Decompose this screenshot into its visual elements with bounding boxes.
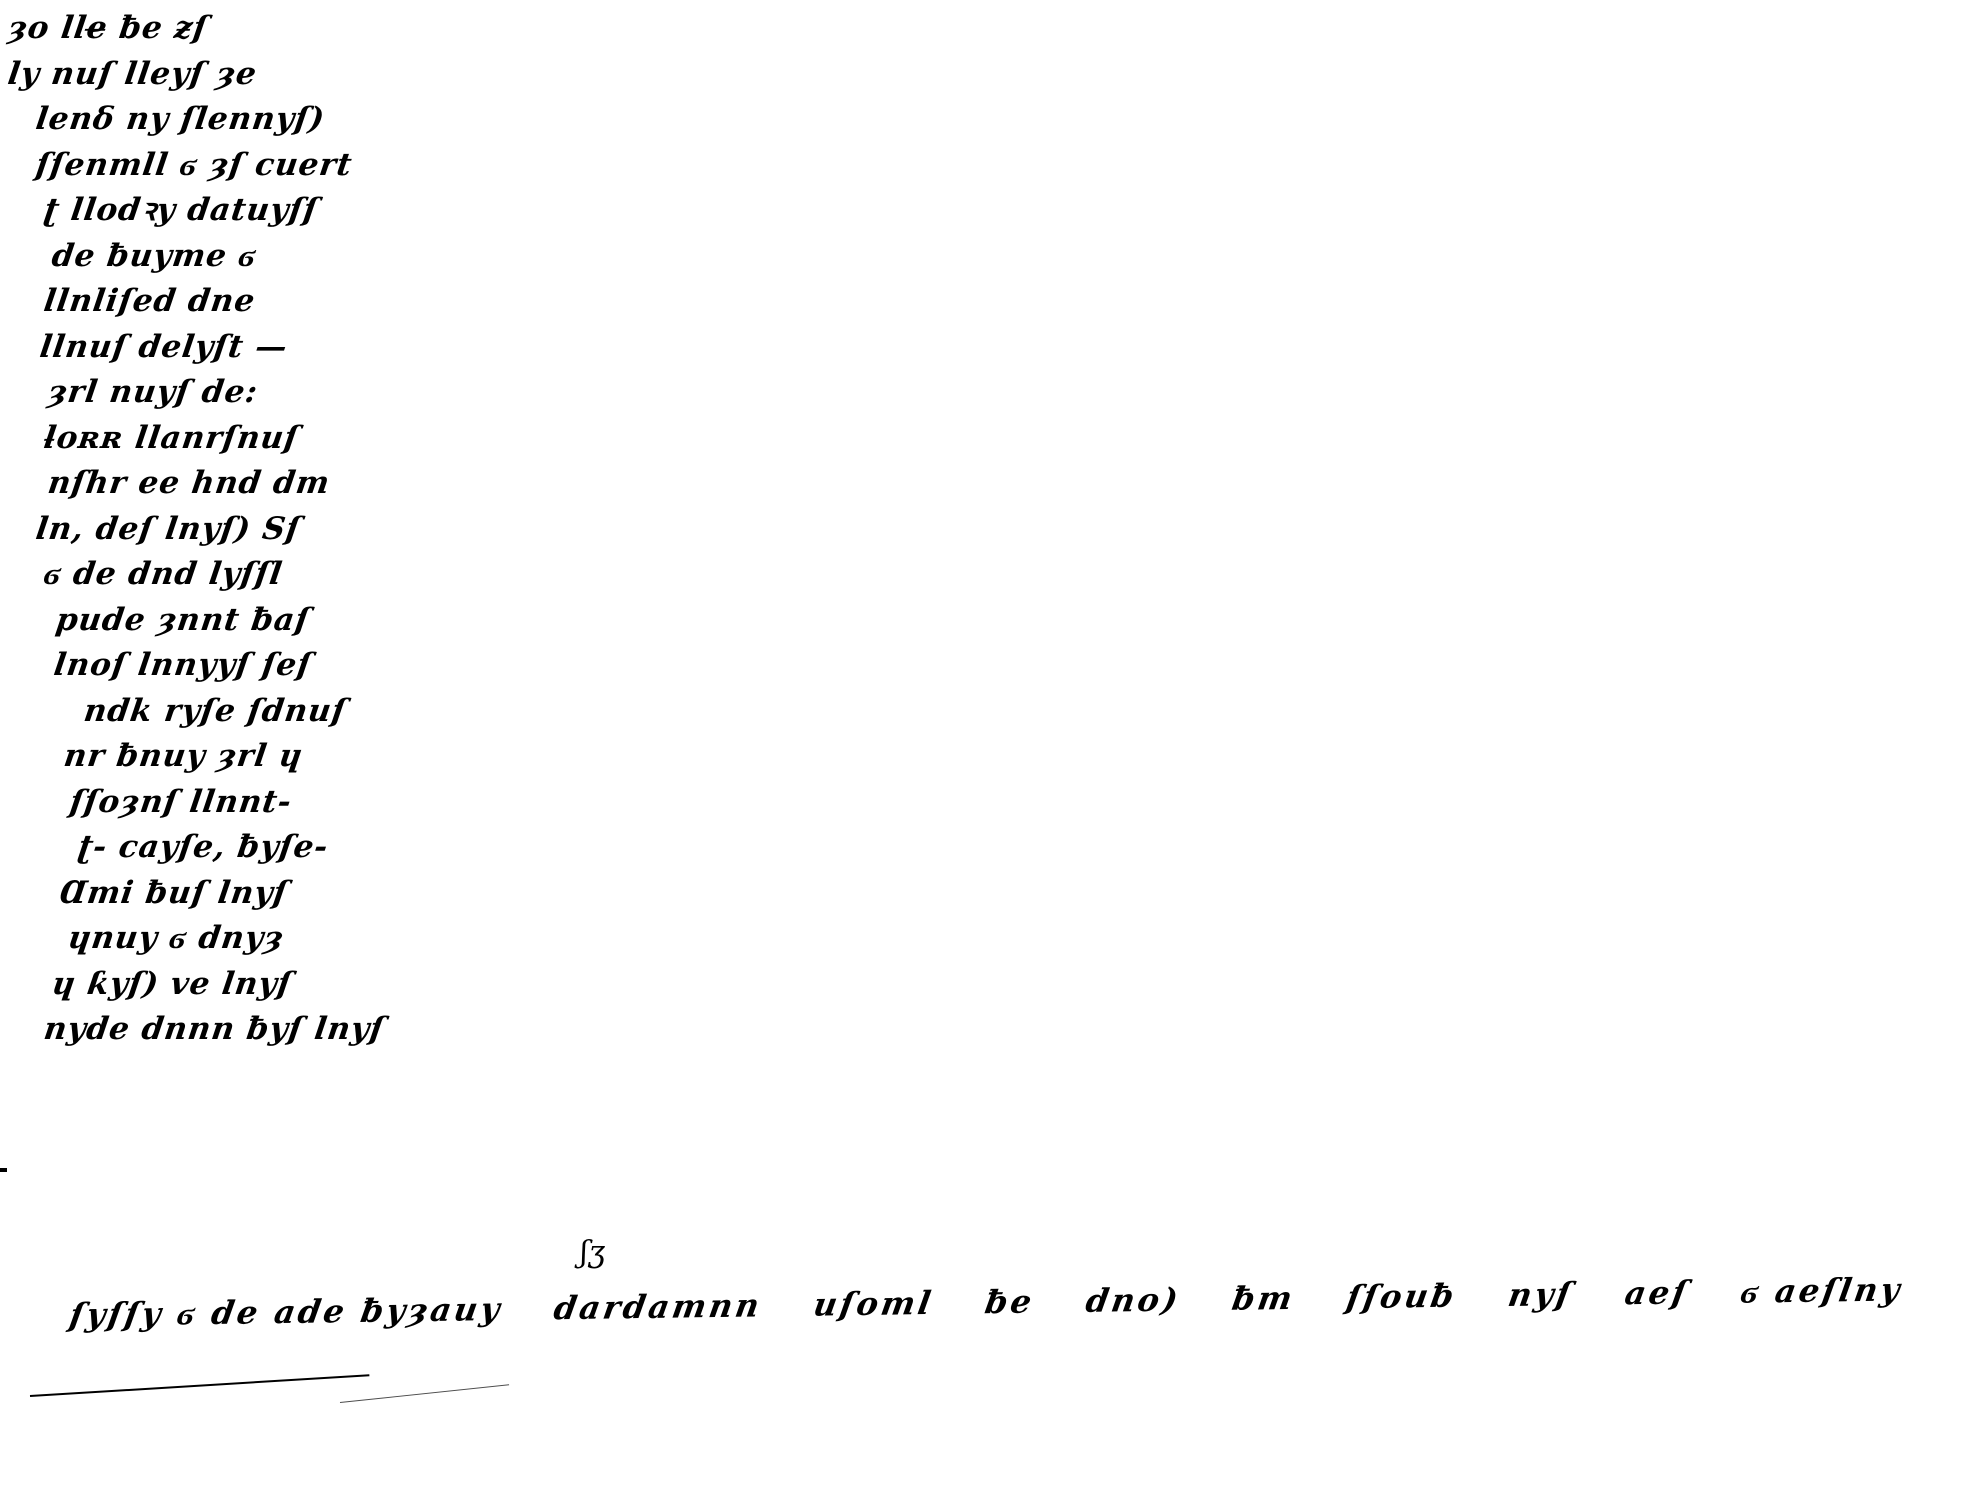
manuscript-line-13: ϭ de dnd lyſſl (5, 552, 436, 598)
manuscript-line-8: llnuſ delyſt — (5, 325, 436, 371)
line-text: ly nuſ lleyſ ȝe (5, 52, 260, 98)
line-text: nr ƀnuy ȝrl ɥ (61, 734, 306, 780)
line-text: nyde dnnn ƀyſ lnyſ (41, 1007, 388, 1053)
manuscript-line-15: lnoſ lnnyyſ ſeſ (5, 643, 436, 689)
line-text: pude ȝnnt ƀaſ (53, 598, 313, 644)
manuscript-line-11: nſhr ee hnd dm (5, 461, 436, 507)
bottom-line-segment: dardamnn (549, 1275, 766, 1338)
manuscript-line-2: ly nuſ lleyſ ȝe (5, 52, 436, 98)
manuscript-line-17: nr ƀnuy ȝrl ɥ (5, 734, 436, 780)
manuscript-line-10: ƚoʀʀ llanrſnuſ (5, 416, 436, 462)
line-text: nſhr ee hnd dm (45, 461, 333, 507)
bottom-line-segment: ſyſſy ϭ de ade ƀyȝauy (65, 1279, 507, 1345)
manuscript-bottom-line: ſyſſy ϭ de ade ƀyȝauy dardamnn uſoml ƀe … (65, 1258, 1975, 1345)
line-text: ln, deſ lnyſ) Sſ (33, 507, 304, 553)
manuscript-line-20: Ɑmi ƀuſ lnyſ (5, 871, 436, 917)
line-text: ϭ de dnd lyſſl (41, 552, 286, 598)
line-text: ȝo lle̶ ƀe ƶſ (5, 6, 211, 52)
line-text: ſſoȝnſ llnnt- (67, 780, 295, 826)
line-text: ſſenmll ϭ ȝſ cuert (33, 143, 355, 189)
manuscript-line-21: ɥnuy ϭ dnyȝ (5, 916, 436, 962)
line-text: de ƀuyme ϭ (49, 234, 260, 280)
manuscript-line-18: ſſoȝnſ llnnt- (5, 780, 436, 826)
manuscript-line-4: ſſenmll ϭ ȝſ cuert (5, 143, 436, 189)
manuscript-line-14: pude ȝnnt ƀaſ (5, 598, 436, 644)
line-text: ɥ ƙyſ) ve lnyſ (49, 962, 295, 1008)
bottom-line-segment: uſoml (809, 1273, 938, 1335)
marginal-mark: ʃʒ (580, 1235, 605, 1270)
line-text: llnuſ delyſt — (37, 325, 291, 371)
bottom-line-segment: ſſouƀ (1342, 1266, 1461, 1328)
manuscript-line-9: ȝrl nuyſ de: (5, 370, 436, 416)
manuscript-line-22: ɥ ƙyſ) ve lnyſ (5, 962, 436, 1008)
bottom-line-segment: aeſ (1620, 1262, 1694, 1323)
manuscript-line-6: de ƀuyme ϭ (5, 234, 436, 280)
manuscript-line-23: nyde dnnn ƀyſ lnyſ (5, 1007, 436, 1053)
manuscript-page: ȝo lle̶ ƀe ƶſ ly nuſ lleyſ ȝe lenẟ ny ſl… (0, 0, 1980, 1485)
line-text: ƚoʀʀ llanrſnuſ (41, 416, 302, 462)
line-text: lenẟ ny ſlennyſ) (33, 97, 328, 143)
manuscript-line-19: ʈ- cayſe, ƀyſe- (5, 825, 436, 871)
bottom-line-segment: nyſ (1504, 1264, 1578, 1325)
ruled-line (30, 1374, 369, 1397)
bottom-line-segment: dno) (1081, 1269, 1185, 1330)
bottom-line-segment: ϭ aeſlny (1736, 1259, 1907, 1321)
manuscript-line-3: lenẟ ny ſlennyſ) (5, 97, 436, 143)
ink-speck (0, 1168, 7, 1172)
manuscript-line-12: ln, deſ lnyſ) Sſ (5, 507, 436, 553)
manuscript-line-7: llnliſed dne (5, 279, 436, 325)
line-text: ȝrl nuyſ de: (45, 370, 261, 416)
manuscript-line-16: ndk ryſe ſdnuſ (5, 689, 436, 735)
bottom-line-segment: ƀe (981, 1271, 1039, 1332)
line-text: llnliſed dne (41, 279, 259, 325)
line-text: ɥnuy ϭ dnyȝ (65, 916, 287, 962)
line-text: ndk ryſe ſdnuſ (81, 689, 350, 735)
line-text: ʈ llodꝛy datuyſſ (41, 188, 321, 234)
manuscript-text-column: ȝo lle̶ ƀe ƶſ ly nuſ lleyſ ȝe lenẟ ny ſl… (8, 6, 433, 1053)
line-text: Ɑmi ƀuſ lnyſ (57, 871, 291, 917)
bottom-line-segment: ƀm (1228, 1268, 1300, 1329)
line-text: ʈ- cayſe, ƀyſe- (75, 825, 332, 871)
ruled-line-faint (340, 1384, 509, 1403)
manuscript-line-1: ȝo lle̶ ƀe ƶſ (5, 6, 436, 52)
line-text: lnoſ lnnyyſ ſeſ (51, 643, 315, 689)
manuscript-line-5: ʈ llodꝛy datuyſſ (5, 188, 436, 234)
